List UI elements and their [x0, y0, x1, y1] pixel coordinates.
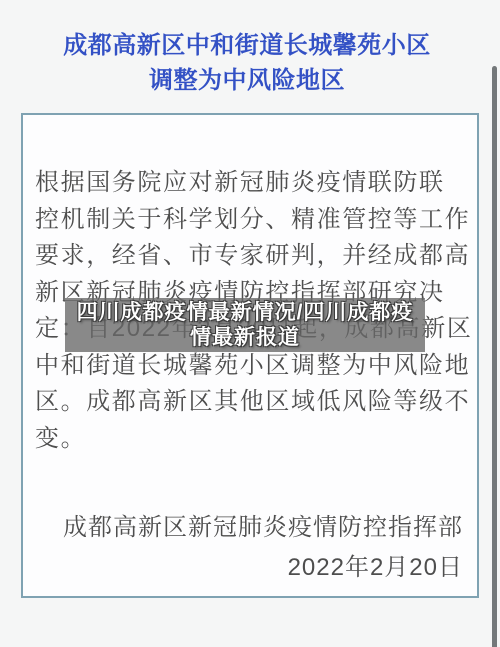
signature-block: 成都高新区新冠肺炎疫情防控指挥部 2022年2月20日: [35, 508, 463, 588]
watermark-caption-overlay: 四川成都疫情最新情况/四川成都疫情最新报道: [65, 298, 425, 352]
page-title-line: 成都高新区中和街道长城馨苑小区: [0, 28, 494, 63]
watermark-caption-line: 情最新报道: [65, 325, 425, 350]
watermark-caption-line: 四川成都疫情最新情况/四川成都疫: [65, 300, 425, 325]
body-text-line: 根据国务院应对新冠肺炎疫情联防联: [35, 165, 470, 202]
page-title-line: 调整为中风险地区: [0, 63, 494, 98]
body-text-line: 中和街道长城馨苑小区调整为中风险地: [35, 348, 470, 385]
scrollbar-thumb[interactable]: [492, 66, 497, 647]
page-title: 成都高新区中和街道长城馨苑小区调整为中风险地区: [0, 28, 494, 98]
body-text-line: 控机制关于科学划分、精准管控等工作: [35, 202, 470, 239]
body-text-line: 要求，经省、市专家研判，并经成都高: [35, 238, 470, 275]
signature-issuer: 成都高新区新冠肺炎疫情防控指挥部: [35, 508, 463, 548]
body-text-line: 区。成都高新区其他区域低风险等级不: [35, 384, 470, 421]
body-text-line: 变。: [35, 421, 470, 458]
announcement-page: 成都高新区中和街道长城馨苑小区调整为中风险地区 根据国务院应对新冠肺炎疫情联防联…: [0, 0, 500, 647]
signature-date: 2022年2月20日: [35, 548, 463, 588]
